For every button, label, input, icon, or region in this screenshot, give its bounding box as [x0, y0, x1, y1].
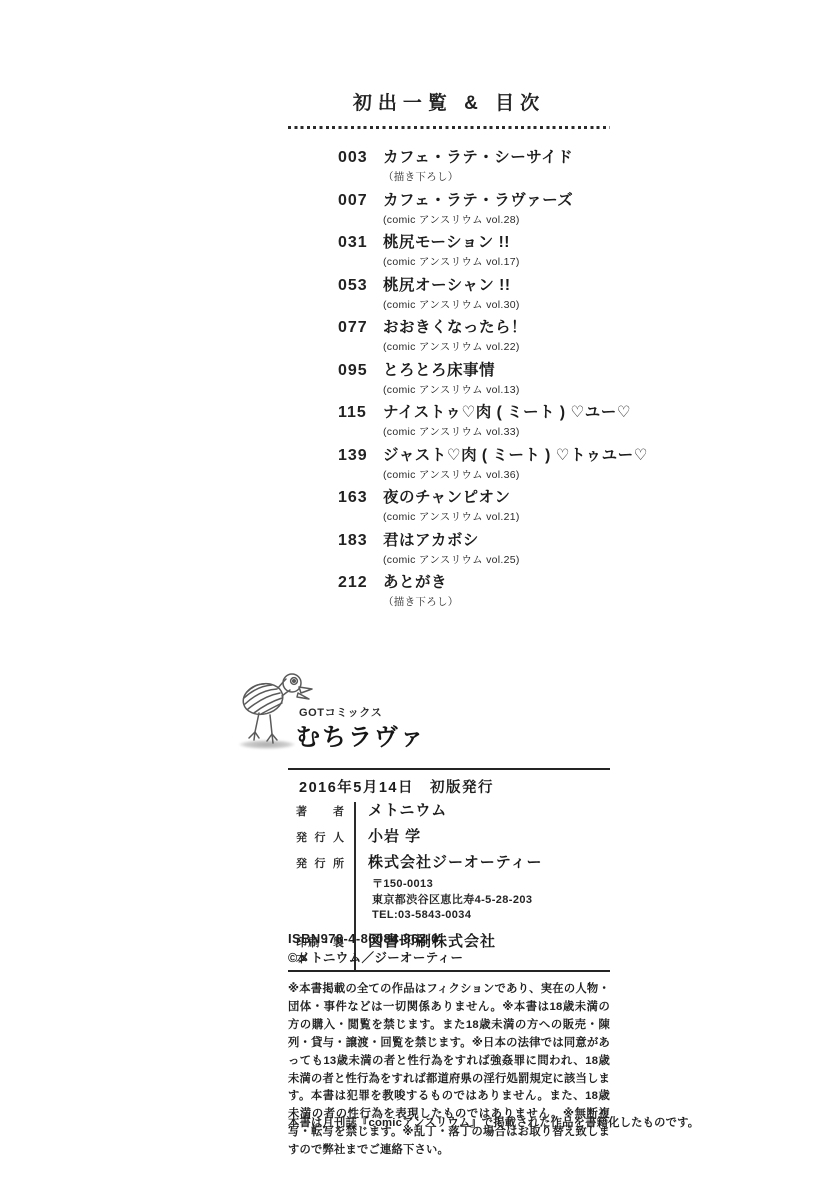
- entry-title: 桃尻モーション !!: [383, 230, 510, 252]
- disclaimer-text: ※本書掲載の全ての作品はフィクションであり、実在の人物・団体・事件などは一切関係…: [288, 981, 610, 1160]
- entry-page-number: 163: [338, 489, 383, 507]
- entry-page-number: 003: [338, 149, 383, 167]
- toc-list: 003 カフェ・ラテ・シーサイド （描き下ろし） 007 カフェ・ラテ・ラヴァー…: [288, 145, 610, 613]
- toc-entry: 003 カフェ・ラテ・シーサイド （描き下ろし）: [288, 145, 610, 188]
- postal-code: 〒150-0013: [372, 877, 610, 893]
- dotted-divider: [288, 126, 610, 129]
- toc-entry: 183 君はアカボシ (comic アンスリウム vol.25): [288, 528, 610, 571]
- disclaimer-rule: [288, 970, 610, 972]
- credit-row-author: 著者 メトニウム: [296, 799, 610, 820]
- entry-page-number: 053: [338, 277, 383, 295]
- entry-page-number: 115: [338, 404, 383, 422]
- toc-entry: 007 カフェ・ラテ・ラヴァーズ (comic アンスリウム vol.28): [288, 188, 610, 231]
- isbn: ISBN978-4-86084-862-0: [288, 931, 439, 946]
- entry-source: (comic アンスリウム vol.36): [383, 467, 610, 482]
- toc-title: 初出一覧 & 目次: [288, 88, 610, 115]
- entry-title: ナイストゥ♡肉 ( ミート ) ♡ユー♡: [383, 400, 631, 422]
- book-title: むちラヴァ: [296, 717, 426, 752]
- credit-role: 発行人: [296, 825, 344, 846]
- toc-section: 初出一覧 & 目次 003 カフェ・ラテ・シーサイド （描き下ろし） 007 カ…: [288, 88, 610, 613]
- entry-title: カフェ・ラテ・ラヴァーズ: [383, 188, 573, 210]
- entry-page-number: 095: [338, 362, 383, 380]
- street-address: 東京都渋谷区恵比寿4-5-28-203: [372, 893, 610, 909]
- entry-title: ジャスト♡肉 ( ミート ) ♡トゥユー♡: [383, 443, 648, 465]
- credit-row-publisher-person: 発行人 小岩 学: [296, 825, 610, 846]
- credit-role: 発行所: [296, 851, 344, 872]
- entry-page-number: 007: [338, 192, 383, 210]
- serialization-note: 本書は月刊誌『comicアンスリウム』で掲載された作品を書籍化したものです。: [288, 1114, 610, 1130]
- edition-date: 2016年5月14日 初版発行: [299, 776, 494, 797]
- toc-entry: 212 あとがき （描き下ろし）: [288, 570, 610, 613]
- entry-source: （描き下ろし）: [383, 594, 610, 609]
- entry-source: (comic アンスリウム vol.13): [383, 382, 610, 397]
- entry-title: 桃尻オーシャン !!: [383, 273, 511, 295]
- credit-value: メトニウム: [344, 799, 447, 820]
- entry-source: (comic アンスリウム vol.17): [383, 254, 610, 269]
- entry-source: （描き下ろし）: [383, 169, 610, 184]
- colophon-page: 初出一覧 & 目次 003 カフェ・ラテ・シーサイド （描き下ろし） 007 カ…: [0, 0, 835, 1184]
- entry-source: (comic アンスリウム vol.33): [383, 424, 610, 439]
- title-rule: [288, 768, 610, 770]
- credit-row-publisher-company: 発行所 株式会社ジーオーティー: [296, 851, 610, 872]
- entry-page-number: 212: [338, 574, 383, 592]
- toc-entry: 095 とろとろ床事情 (comic アンスリウム vol.13): [288, 358, 610, 401]
- toc-entry: 053 桃尻オーシャン !! (comic アンスリウム vol.30): [288, 273, 610, 316]
- entry-source: (comic アンスリウム vol.25): [383, 552, 610, 567]
- toc-entry: 139 ジャスト♡肉 ( ミート ) ♡トゥユー♡ (comic アンスリウム …: [288, 443, 610, 486]
- entry-title: 君はアカボシ: [383, 528, 479, 550]
- copyright: ©メトニウム／ジーオーティー: [288, 948, 463, 966]
- entry-source: (comic アンスリウム vol.28): [383, 212, 610, 227]
- toc-entry: 031 桃尻モーション !! (comic アンスリウム vol.17): [288, 230, 610, 273]
- entry-source: (comic アンスリウム vol.22): [383, 339, 610, 354]
- entry-title: あとがき: [383, 570, 447, 592]
- toc-entry: 115 ナイストゥ♡肉 ( ミート ) ♡ユー♡ (comic アンスリウム v…: [288, 400, 610, 443]
- toc-entry: 077 おおきくなったら！ (comic アンスリウム vol.22): [288, 315, 610, 358]
- publisher-address: 〒150-0013 東京都渋谷区恵比寿4-5-28-203 TEL:03-584…: [372, 877, 610, 924]
- entry-title: カフェ・ラテ・シーサイド: [383, 145, 573, 167]
- entry-title: おおきくなったら！: [383, 315, 527, 337]
- entry-title: とろとろ床事情: [383, 358, 495, 380]
- entry-page-number: 031: [338, 234, 383, 252]
- entry-title: 夜のチャンピオン: [383, 485, 511, 507]
- entry-page-number: 183: [338, 532, 383, 550]
- credit-role: 著者: [296, 799, 344, 820]
- phone-number: TEL:03-5843-0034: [372, 908, 610, 924]
- entry-page-number: 077: [338, 319, 383, 337]
- entry-source: (comic アンスリウム vol.21): [383, 509, 610, 524]
- toc-entry: 163 夜のチャンピオン (comic アンスリウム vol.21): [288, 485, 610, 528]
- credit-value: 株式会社ジーオーティー: [344, 851, 543, 872]
- entry-page-number: 139: [338, 447, 383, 465]
- entry-source: (comic アンスリウム vol.30): [383, 297, 610, 312]
